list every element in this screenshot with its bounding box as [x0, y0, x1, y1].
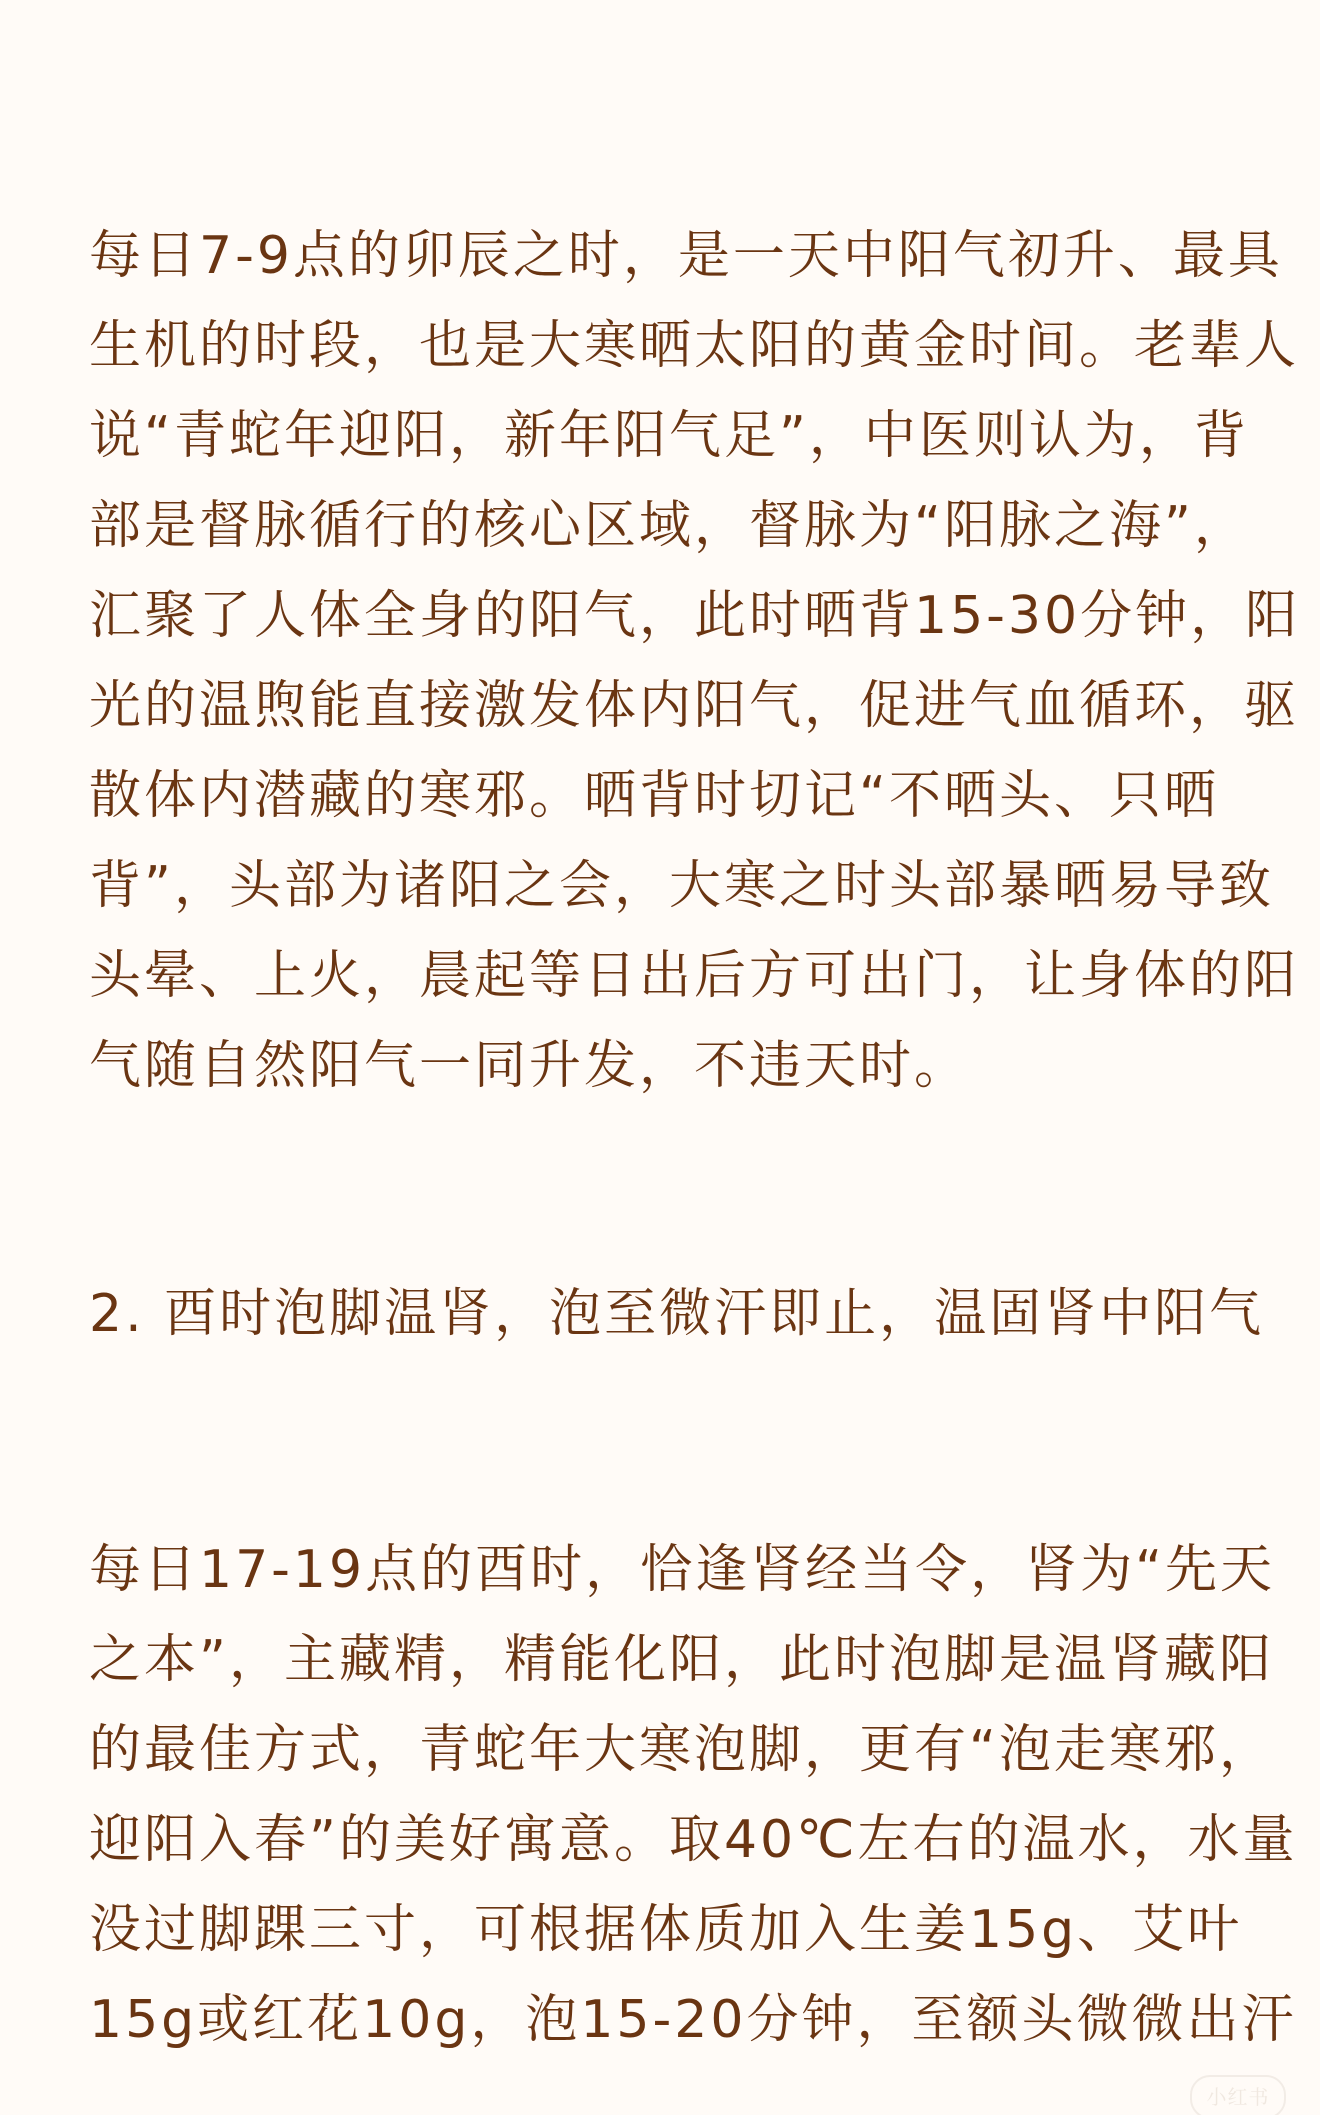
text-line: 15g或红花10g，泡15-20分钟，至额头微微出汗 — [89, 1975, 1239, 2065]
text-line: 没过脚踝三寸，可根据体质加入生姜15g、艾叶 — [89, 1885, 1239, 1975]
text-line: 部是督脉循行的核心区域，督脉为“阳脉之海”， — [89, 481, 1239, 571]
watermark-logo: 小红书 — [1190, 2075, 1286, 2115]
section-heading-text: 2. 酉时泡脚温肾，泡至微汗即止，温固肾中阳气 — [89, 1269, 1239, 1359]
paragraph-evening-footbath: 每日17-19点的酉时，恰逢肾经当令，肾为“先天 之本”，主藏精，精能化阳，此时… — [89, 1525, 1239, 2065]
text-line: 之本”，主藏精，精能化阳，此时泡脚是温肾藏阳 — [89, 1615, 1239, 1705]
section-heading: 2. 酉时泡脚温肾，泡至微汗即止，温固肾中阳气 — [89, 1269, 1239, 1359]
paragraph-morning-sun: 每日7-9点的卯辰之时，是一天中阳气初升、最具 生机的时段，也是大寒晒太阳的黄金… — [89, 211, 1239, 1111]
text-line: 每日17-19点的酉时，恰逢肾经当令，肾为“先天 — [89, 1525, 1239, 1615]
text-line: 散体内潜藏的寒邪。晒背时切记“不晒头、只晒 — [89, 751, 1239, 841]
text-line: 光的温煦能直接激发体内阳气，促进气血循环，驱 — [89, 661, 1239, 751]
text-line: 气随自然阳气一同升发，不违天时。 — [89, 1021, 1239, 1111]
text-line: 迎阳入春”的美好寓意。取40℃左右的温水，水量 — [89, 1795, 1239, 1885]
text-line: 生机的时段，也是大寒晒太阳的黄金时间。老辈人 — [89, 301, 1239, 391]
text-line: 背”，头部为诸阳之会，大寒之时头部暴晒易导致 — [89, 841, 1239, 931]
text-line: 头晕、上火，晨起等日出后方可出门，让身体的阳 — [89, 931, 1239, 1021]
text-line: 说“青蛇年迎阳，新年阳气足”，中医则认为，背 — [89, 391, 1239, 481]
text-line: 的最佳方式，青蛇年大寒泡脚，更有“泡走寒邪， — [89, 1705, 1239, 1795]
text-line: 每日7-9点的卯辰之时，是一天中阳气初升、最具 — [89, 211, 1239, 301]
text-line: 汇聚了人体全身的阳气，此时晒背15-30分钟，阳 — [89, 571, 1239, 661]
